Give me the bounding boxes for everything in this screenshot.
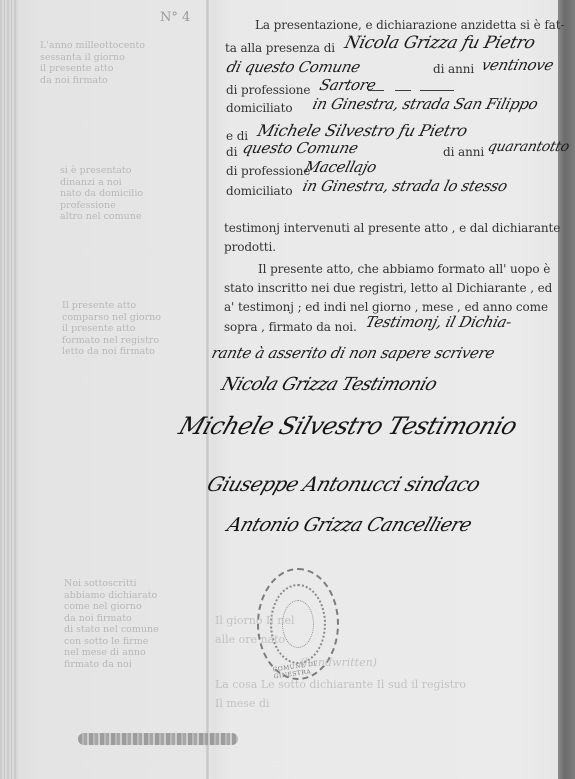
print-line: di anni [443,145,484,159]
fill-line [368,90,384,91]
print-line: Il presente atto, che abbiamo formato al… [258,262,550,276]
page-edge-stack [0,0,18,779]
print-line: sopra , firmato da noi. [224,320,357,334]
faded-line: Il giorno Il nel [215,614,294,627]
left-page-block: Noi sottoscritti abbiamo dichiarato come… [64,578,204,670]
faded-line: (handwritten) [300,656,377,669]
print-line: di anni [433,62,474,76]
left-page-block: Il presente atto comparso nel giorno il … [62,300,202,358]
print-line: domiciliato [226,184,292,198]
handwritten-domicile: in Ginestra, strada lo stesso [301,177,509,195]
print-line: La presentazione, e dichiarazione anzide… [255,18,564,32]
signature-mayor: Giuseppe Antonucci sindaco [204,472,483,496]
fill-line [395,90,411,91]
handwritten-note: Testimonj, il Dichia- [364,313,514,331]
signature-chancellor: Antonio Grizza Cancelliere [224,514,474,536]
left-page-number: N° 4 [160,12,190,24]
left-page-block: L'anno milleottocento sessanta il giorno… [40,40,200,86]
print-line: stato inscritto nei due registri, letto … [224,281,552,295]
handwritten-note: rante à asserito di non sapere scrivere [210,344,497,362]
handwritten-domicile: in Ginestra, strada San Filippo [311,95,540,113]
handwritten-witness-name: Nicola Grizza fu Pietro [343,33,538,53]
handwritten-text: di questo Comune [225,58,362,76]
book-binding-edge [558,0,575,779]
print-line: testimonj intervenuti al presente atto ,… [224,221,560,235]
print-line: di professione [226,164,310,178]
faded-line: La cosa Le sotto dichiarante Il sud il r… [215,678,466,691]
left-page-faded: N° 4 L'anno milleottocento sessanta il g… [40,0,205,779]
handwritten-witness-name: Michele Silvestro fu Pietro [256,121,470,140]
left-page-ink-scribble [78,733,238,745]
page-gutter-fold [206,0,209,779]
signature-witness-2: Michele Silvestro Testimonio [175,412,520,440]
print-line: a' testimonj ; ed indi nel giorno , mese… [224,300,548,314]
print-line: di professione [226,83,310,97]
print-line: domiciliato [226,101,292,115]
handwritten-text: questo Comune [241,139,360,157]
left-page-block: si è presentato dinanzi a noi nato da do… [60,165,200,223]
print-line: di [226,145,237,159]
print-line: prodotti. [224,240,276,254]
fill-line [420,90,454,91]
signature-witness-1: Nicola Grizza Testimonio [219,374,440,395]
handwritten-profession: Macellajo [303,158,379,176]
handwritten-profession: Sartore [318,76,378,94]
faded-line: Il mese di [215,697,270,710]
handwritten-age: ventinove [480,56,556,74]
faded-line: alle ore nato [215,633,285,646]
handwritten-age: quarantotto [486,139,571,155]
print-line: ta alla presenza di [225,41,335,55]
